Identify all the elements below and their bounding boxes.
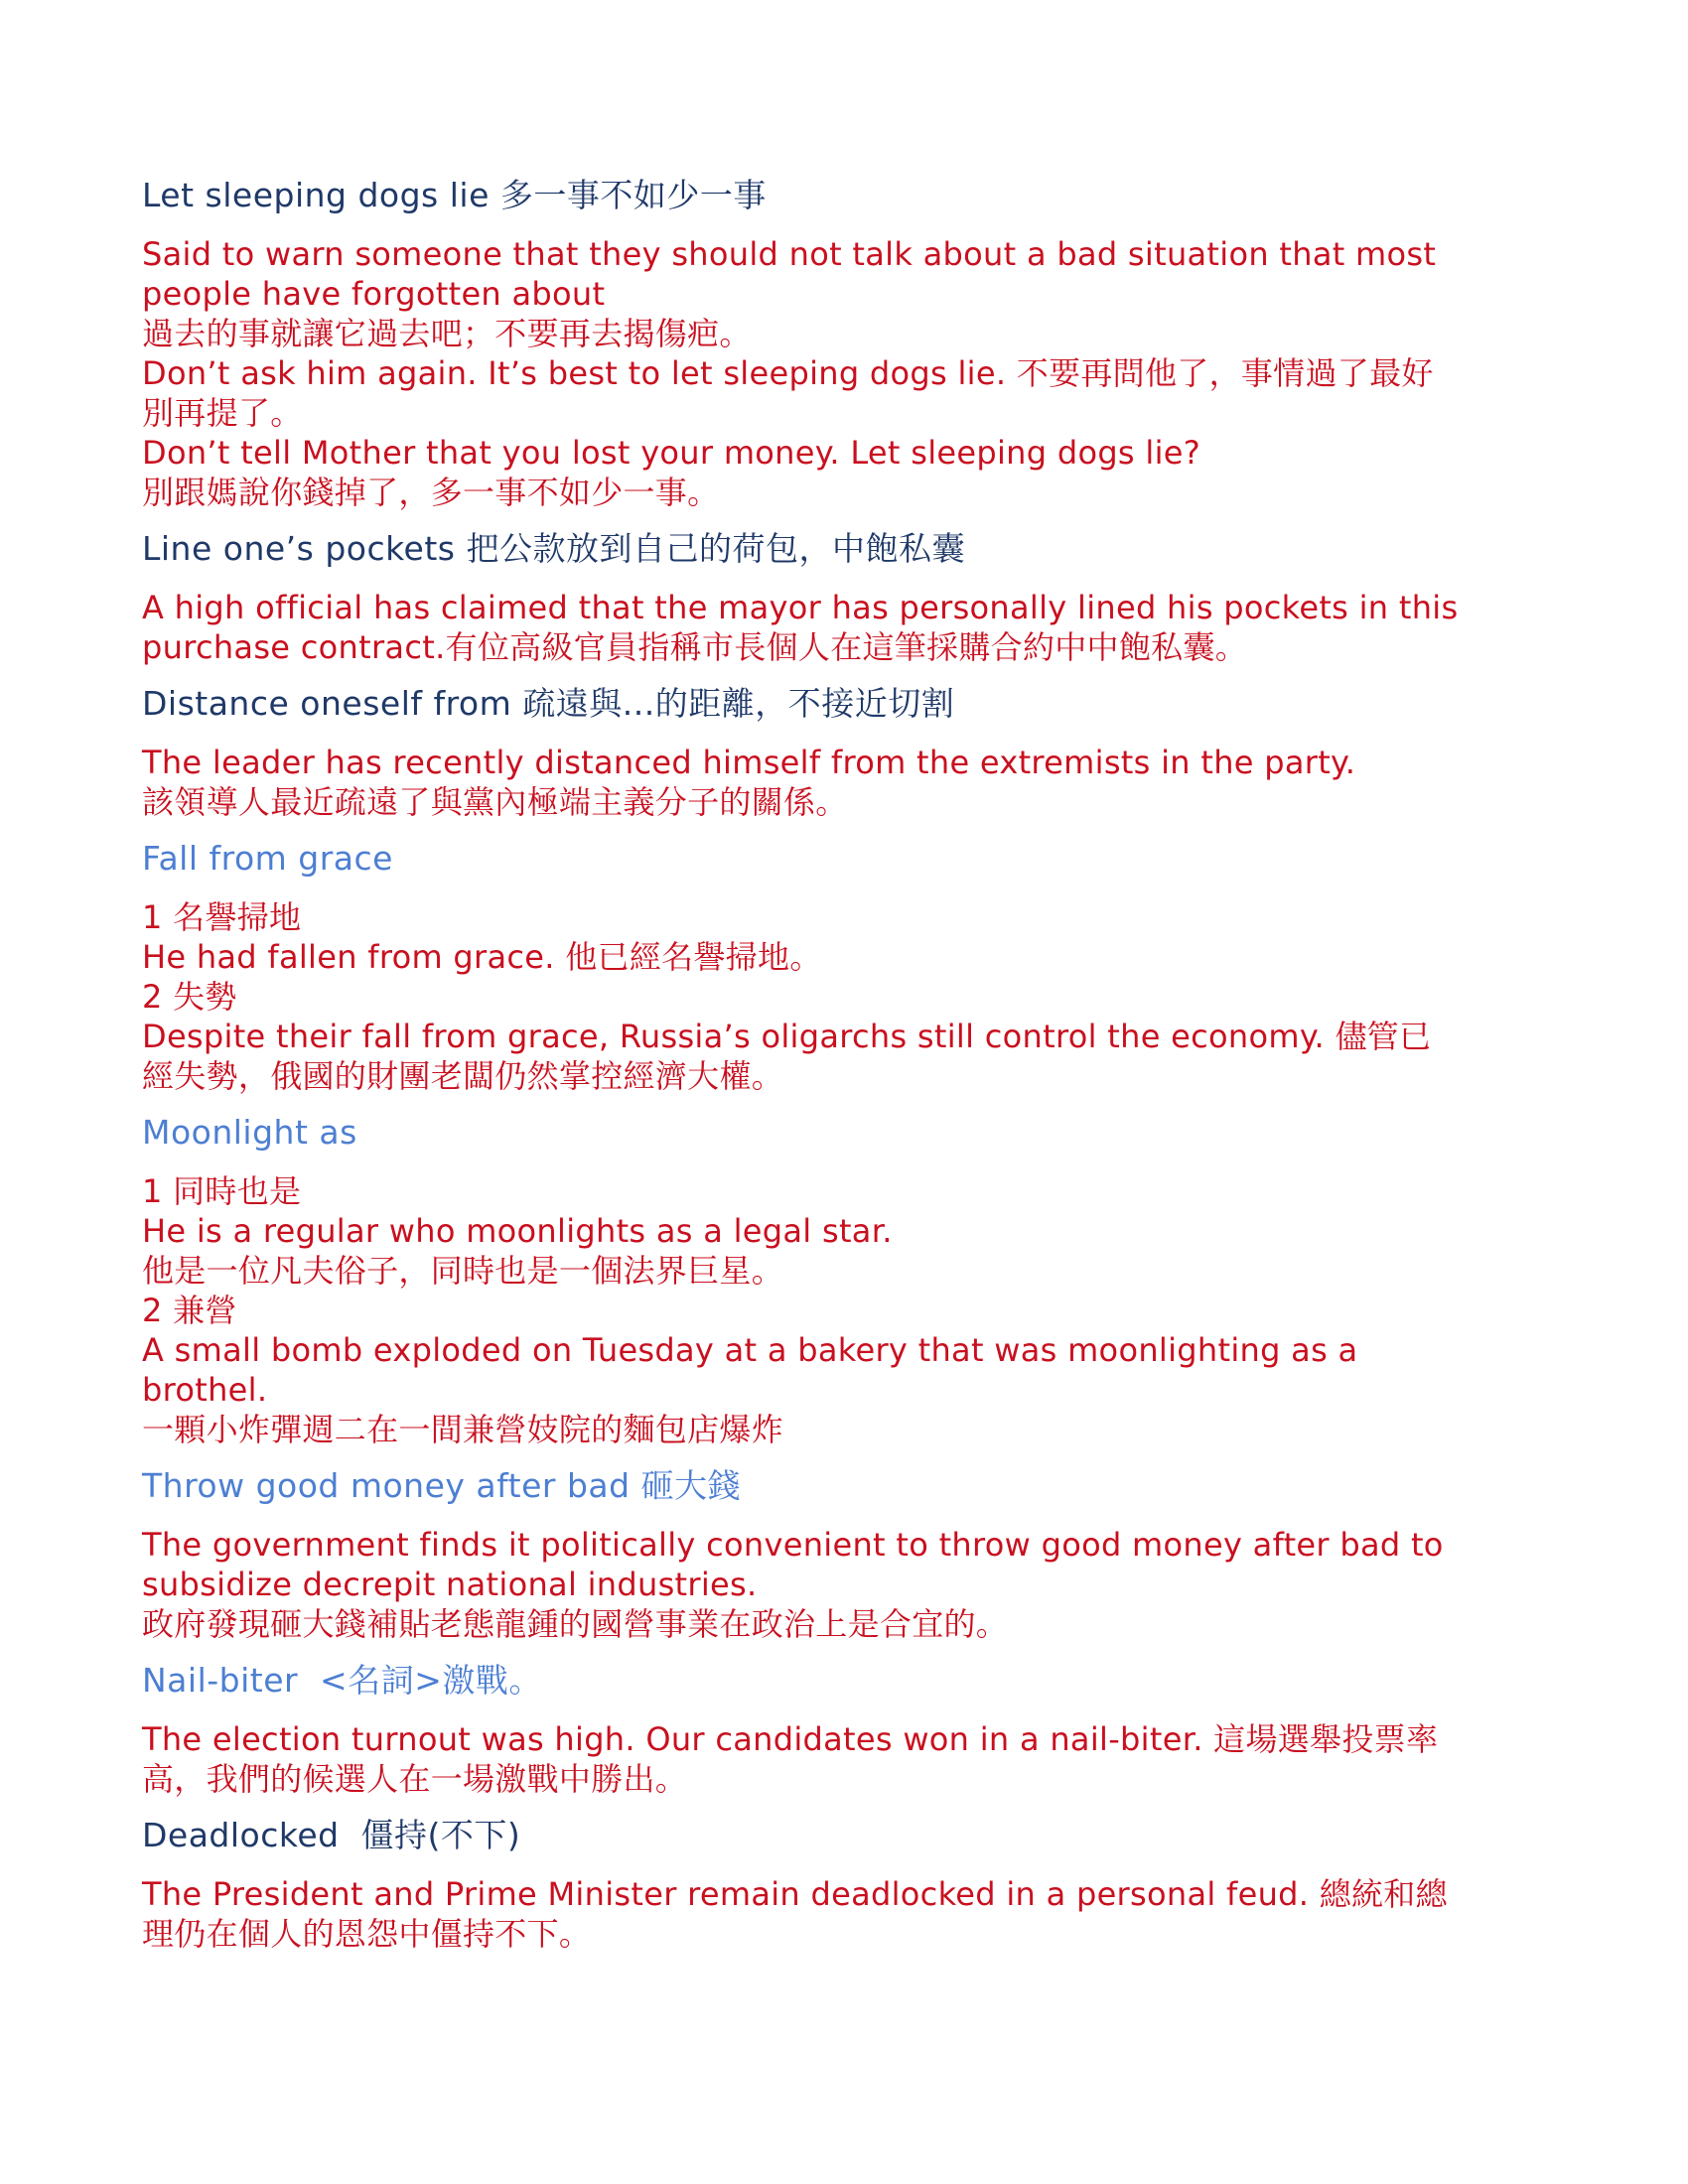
section-body: The leader has recently distanced himsel…	[142, 743, 1463, 822]
example-line: 1 同時也是	[142, 1171, 1463, 1211]
example-line: A small bomb exploded on Tuesday at a ba…	[142, 1330, 1463, 1410]
idiom-heading: Moonlight as	[142, 1112, 1463, 1154]
section-body: The election turnout was high. Our candi…	[142, 1719, 1463, 1799]
example-line: He had fallen from grace. 他已經名譽掃地。	[142, 937, 1463, 977]
section-body: The President and Prime Minister remain …	[142, 1874, 1463, 1954]
example-line: Don’t ask him again. It’s best to let sl…	[142, 353, 1463, 433]
idiom-section: Distance oneself from 疏遠與...的距離，不接近切割 Th…	[142, 683, 1463, 822]
section-body: The government finds it politically conv…	[142, 1525, 1463, 1644]
example-line: He is a regular who moonlights as a lega…	[142, 1211, 1463, 1251]
idiom-heading: Distance oneself from 疏遠與...的距離，不接近切割	[142, 683, 1463, 725]
example-line: 2 兼營	[142, 1291, 1463, 1330]
idiom-heading: Deadlocked 僵持(不下)	[142, 1815, 1463, 1856]
example-line: A high official has claimed that the may…	[142, 588, 1463, 667]
example-line: 2 失勢	[142, 977, 1463, 1017]
example-line: Said to warn someone that they should no…	[142, 234, 1463, 314]
idiom-section: Line one’s pockets 把公款放到自己的荷包，中飽私囊 A hig…	[142, 528, 1463, 667]
section-body: 1 名譽掃地He had fallen from grace. 他已經名譽掃地。…	[142, 897, 1463, 1096]
section-body: Said to warn someone that they should no…	[142, 234, 1463, 512]
example-line: The leader has recently distanced himsel…	[142, 743, 1463, 782]
example-line: 政府發現砸大錢補貼老態龍鍾的國營事業在政治上是合宜的。	[142, 1604, 1463, 1644]
example-line: 該領導人最近疏遠了與黨內極端主義分子的關係。	[142, 782, 1463, 822]
idiom-section: Fall from grace 1 名譽掃地He had fallen from…	[142, 838, 1463, 1096]
idiom-heading: Fall from grace	[142, 838, 1463, 880]
example-line: 他是一位凡夫俗子，同時也是一個法界巨星。	[142, 1251, 1463, 1291]
document-page: Let sleeping dogs lie 多一事不如少一事 Said to w…	[0, 0, 1688, 2184]
example-line: Despite their fall from grace, Russia’s …	[142, 1017, 1463, 1096]
idiom-heading: Line one’s pockets 把公款放到自己的荷包，中飽私囊	[142, 528, 1463, 570]
idiom-heading: Throw good money after bad 砸大錢	[142, 1465, 1463, 1507]
example-line: 過去的事就讓它過去吧；不要再去揭傷疤。	[142, 314, 1463, 353]
example-line: Don’t tell Mother that you lost your mon…	[142, 433, 1463, 473]
idiom-section: Deadlocked 僵持(不下) The President and Prim…	[142, 1815, 1463, 1954]
example-line: The election turnout was high. Our candi…	[142, 1719, 1463, 1799]
idiom-section: Moonlight as 1 同時也是He is a regular who m…	[142, 1112, 1463, 1449]
example-line: 一顆小炸彈週二在一間兼營妓院的麵包店爆炸	[142, 1410, 1463, 1449]
idiom-section: Throw good money after bad 砸大錢 The gover…	[142, 1465, 1463, 1644]
section-body: 1 同時也是He is a regular who moonlights as …	[142, 1171, 1463, 1449]
example-line: The President and Prime Minister remain …	[142, 1874, 1463, 1954]
example-line: 別跟媽說你錢掉了，多一事不如少一事。	[142, 473, 1463, 512]
idiom-heading: Nail-biter <名詞>激戰。	[142, 1660, 1463, 1702]
document-content: Let sleeping dogs lie 多一事不如少一事 Said to w…	[142, 175, 1463, 1954]
idiom-heading: Let sleeping dogs lie 多一事不如少一事	[142, 175, 1463, 216]
idiom-section: Nail-biter <名詞>激戰。 The election turnout …	[142, 1660, 1463, 1799]
example-line: 1 名譽掃地	[142, 897, 1463, 937]
example-line: The government finds it politically conv…	[142, 1525, 1463, 1604]
idiom-section: Let sleeping dogs lie 多一事不如少一事 Said to w…	[142, 175, 1463, 512]
section-body: A high official has claimed that the may…	[142, 588, 1463, 667]
